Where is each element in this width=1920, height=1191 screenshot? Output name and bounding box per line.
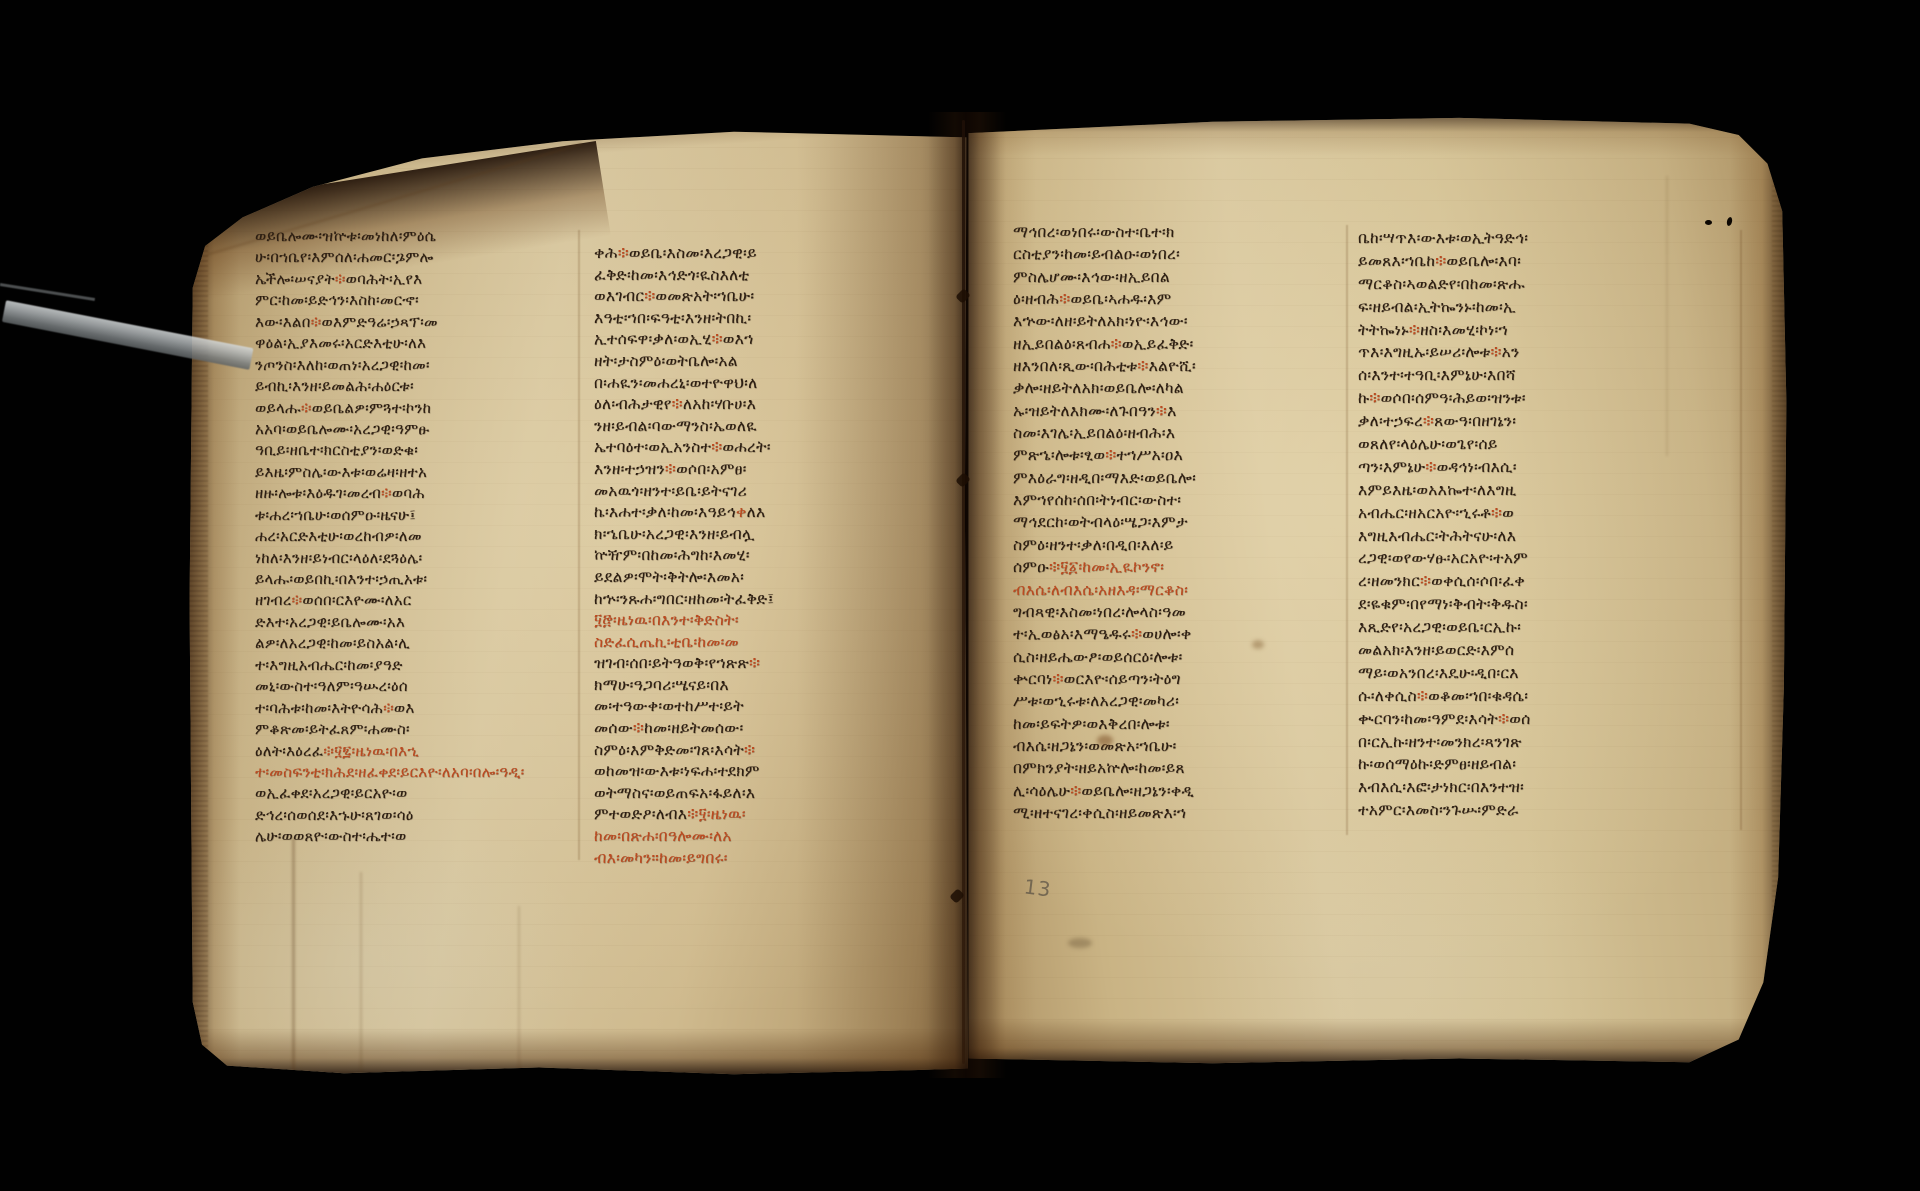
ink-segment: ፨ bbox=[1425, 458, 1436, 476]
ink-segment: መ፡ተዓውቀ፡ወተከሥተ፡ይት bbox=[594, 697, 744, 715]
ink-segment: ወእኀ bbox=[723, 330, 754, 348]
text-line: ተ፡ባሕቱ፡ከመ፡እትዮሳሕ፨ወእ bbox=[255, 698, 565, 719]
ruling-line bbox=[1346, 225, 1348, 835]
text-line: ቍርባነ፨ወርእዮ፡ሰይጣን፡ትዕግ bbox=[1013, 668, 1337, 690]
text-line: ኢተሰፍዋ፡ቃለ፡ወኢሂ፨ወእኀ bbox=[594, 329, 950, 351]
text-line: ድእተ፡አረጋዊ፡ይቤሎሙ፡አእ bbox=[255, 612, 565, 633]
text-line: ከመ፡በጽሐ፡በዓሎሙ፡ለአ bbox=[594, 826, 950, 848]
ink-segment: ወባሕ bbox=[392, 484, 425, 502]
ink-segment: ፨ bbox=[665, 460, 676, 478]
ink-segment: ፨ bbox=[1137, 357, 1148, 375]
ink-segment: ፨ bbox=[1131, 625, 1142, 643]
ink-segment: ምቆጽመ፡ይትፈጸም፡ሐሙስ፡ bbox=[255, 720, 410, 738]
thread-knot bbox=[955, 288, 971, 304]
text-line: ዕለት፡እዕረፈ፨፶፯፡ዜነዉ፡በእኂ bbox=[255, 741, 565, 762]
text-line: እው፡እልበ፨ወእምድዓሬ፡ኃጻፕ፡መ bbox=[255, 312, 565, 333]
text-line: ምተወድዖ፡ለብእ፨፶፡ዜነዉ፡ bbox=[594, 804, 950, 826]
text-line: ከኍ፡ንጹሐ፡ግበር፡ዘከመ፡ትፈቅድ፤ bbox=[594, 589, 950, 611]
pencil-page-number: 13 bbox=[1023, 874, 1053, 901]
ink-segment: እልዮሺ፡ bbox=[1149, 357, 1196, 375]
ink-segment: ምተወድዖ፡ለብእ bbox=[594, 805, 687, 823]
ink-segment: ተ፡መስፍንቲ፡ክሕደ፡ዘፈቀደ፡ይርእዮ፡ለአባ፡በሎ፡ዓዲ፡ bbox=[255, 763, 524, 781]
ink-segment: ለአከ፡ሃቡሀ፡እ bbox=[683, 395, 756, 413]
ink-segment: ተ፡ኢወፅአ፡እማዔዱሩ bbox=[1013, 625, 1131, 643]
ink-segment: መልአክ፡እንዘ፡ይወርድ፡እምሰ bbox=[1358, 641, 1514, 659]
text-line: ሚ፡ዘተናገረ፡ቀሲስ፡ዘይመጽእ፡ኀ bbox=[1013, 802, 1337, 824]
ink-segment: እው፡እልበ bbox=[255, 313, 311, 331]
text-line: ኤተባዕተ፡ወኢአንስተ፨ወሐረት፡ bbox=[594, 437, 950, 459]
ink-segment: ቊርባን፡ከመ፡ዓምደ፡እሳት bbox=[1358, 710, 1498, 728]
ink-segment: እ bbox=[1167, 402, 1177, 420]
text-line: መኒ፡ውስተ፡ዓለም፡ዓሡረ፡ዕሰ bbox=[255, 676, 565, 697]
text-line: ይብኪ፡እንዘ፡ይመልሕ፡ሐዕርቱ፡ bbox=[255, 376, 565, 397]
ink-segment: ትትኰነኑ bbox=[1358, 321, 1409, 339]
text-line: ደ፡ዬቁም፡በየማነ፡ቅብት፡ቅዱስ፡ bbox=[1358, 593, 1728, 616]
ink-segment: ዘገብረ bbox=[255, 591, 292, 609]
ink-segment: ፨ bbox=[1070, 782, 1081, 800]
ink-segment: ዕለት፡እዕረፈ bbox=[255, 742, 323, 760]
ink-segment: ወባሕት፡ኢየእ bbox=[346, 270, 423, 288]
ink-segment: ወእምድዓሬ፡ኃጻፕ፡መ bbox=[321, 313, 437, 331]
ink-segment: ይእዜ፡ምስሌ፡ውእቱ፡ወሬዛ፡ዘተአ bbox=[255, 463, 427, 481]
ink-segment: ወ bbox=[1502, 504, 1514, 522]
ink-segment: ዓቢይ፡ዘቤተ፡ክርስቲያን፡ወድቁ፡ bbox=[255, 441, 418, 459]
text-line: ስድፈሲጤኪ፡ቲቤ፡ከመ፡መ bbox=[594, 632, 950, 654]
ink-segment: እኍው፡ለዘ፡ይትለአክ፡ነዮ፡እኅው፡ bbox=[1013, 312, 1188, 330]
ink-segment: ስምዕ፡እምቅድመ፡ገጸ፡እሳት bbox=[594, 741, 744, 759]
text-line: ወኢፈቀደ፡አረጋዊ፡ይርአዮ፡ወ bbox=[255, 783, 565, 804]
ink-segment: ዕለ፡ብሕታዊየ bbox=[594, 395, 672, 413]
text-line: አብሔር፡ዘአርአዮ፡ኂሩቶ፨ወ bbox=[1358, 502, 1728, 525]
ink-segment: ልዎ፡ለአረጋዊ፡ከመ፡ይስአል፡ሊ bbox=[255, 634, 410, 652]
ink-segment: ብእሴ፡ለብእሴ፡አዘእዳ፡ማርቆስ፡ bbox=[1013, 581, 1188, 599]
ink-segment: ፨ bbox=[1052, 670, 1063, 688]
ink-segment: ፨ bbox=[1490, 343, 1501, 361]
ink-segment: እምኀየሰከ፡ሰበ፡ትነብር፡ውስተ፡ bbox=[1013, 491, 1181, 509]
thread-knot bbox=[955, 472, 971, 488]
text-line: ከመ፡ይፍትዎ፡ወእቅረበ፡ሎቱ፡ bbox=[1013, 713, 1337, 735]
ink-segment: ቀ bbox=[736, 503, 747, 521]
text-line: እምይእዜ፡ወአእኰተ፡ለእግዚ bbox=[1358, 479, 1728, 502]
text-line: ዝገብ፡ሰበ፡ይትዓወቅ፡የኀጽጽ፨ bbox=[594, 653, 950, 675]
ink-segment: ፨ bbox=[1059, 290, 1070, 308]
text-line: ወጸለየ፡ላዕሌሁ፡ወጌየ፡ሰይ bbox=[1358, 433, 1728, 456]
text-line: በምክንያት፡ዘይአኵሎ፡ከመ፡ይጸ bbox=[1013, 757, 1337, 779]
ink-segment: ወይቤ፡እስመ፡እረጋዊ፡ይ bbox=[629, 244, 757, 262]
ink-segment: ኬ፡እሐተ፡ቃለ፡ከመ፡እዓይኅ bbox=[594, 503, 736, 521]
text-line: ቤከ፡ሣጥእ፡ውእቱ፡ወኢትዓድኅ፡ bbox=[1358, 227, 1728, 250]
ink-segment: ፨ bbox=[712, 330, 723, 348]
ink-segment: ወሐረት፡ bbox=[722, 438, 770, 456]
ink-segment: ስምዕ፡ዘንተ፡ቃለ፡በዲበ፡እለ፡ይ bbox=[1013, 536, 1174, 554]
stacked-leaves-edge bbox=[188, 155, 208, 1050]
text-line: ሱ፡ለቀሲስ፨ወቆመ፡ኀበ፡ቁዳሴ፡ bbox=[1358, 685, 1728, 708]
ink-segment: ፨ bbox=[381, 484, 392, 502]
ink-segment: ረጋዊ፡ወየውሃፁ፡አርአዮ፡ተአም bbox=[1358, 549, 1528, 567]
ink-segment: ይላሑ፡ወይበኪ፡በእንተ፡ኃጢአቱ፡ bbox=[255, 570, 427, 588]
text-line: እጺድየ፡አረጋዊ፡ወይቤ፡ርኢኩ፡ bbox=[1358, 616, 1728, 639]
ink-segment: ፨ bbox=[1369, 389, 1380, 407]
ink-segment: ረ፡ዘመንክር bbox=[1358, 572, 1420, 590]
ink-segment: ሰ፡እንተ፡ተዓቢ፡እምኔሁ፡እበሻ bbox=[1358, 366, 1516, 384]
ink-segment: ድእተ፡አረጋዊ፡ይቤሎሙ፡አእ bbox=[255, 613, 405, 631]
ink-segment: ፨ bbox=[311, 313, 322, 331]
text-line: ተ፡እግዚአብሔር፡ከመ፡ያዓድ bbox=[255, 655, 565, 676]
ink-segment: ከመ፡በጽሐ፡በዓሎሙ፡ለአ bbox=[594, 827, 732, 845]
ink-segment: ዘስ፡እመሂ፡ኮነ፡ኀ bbox=[1420, 321, 1508, 339]
text-line: ፶፸፡ዜነዉ፡በእንተ፡ቅድስት፡ bbox=[594, 610, 950, 632]
ink-segment: ቀሕ bbox=[594, 244, 618, 262]
ink-segment: ብእሴ፡ዘጋኔን፡ወመጽአ፡ኀቤሁ፡ bbox=[1013, 737, 1177, 755]
text-line: ሐረ፡አርድእቲሁ፡ወረከብዎ፡ለመ bbox=[255, 526, 565, 547]
text-line: ማኅደርከ፡ወትብላዕ፡ሤጋ፡እምታ bbox=[1013, 511, 1337, 533]
text-line: በ፡ርኢኩ፡ዘንተ፡መንክረ፡ጻንገጽ bbox=[1358, 731, 1728, 754]
ink-segment: ወሶበ፡ሰምዓ፡ሕይወ፡ዝንቱ፡ bbox=[1381, 389, 1526, 407]
ink-segment: ኩ፡ወሰማዕኩ፡ድምፀ፡ዘይብል፡ bbox=[1358, 755, 1516, 773]
ink-segment: ወእ bbox=[394, 699, 415, 717]
text-line: መ፡ተዓውቀ፡ወተከሥተ፡ይት bbox=[594, 696, 950, 718]
ink-segment: ቃለ፡ተኃፍረ bbox=[1358, 412, 1423, 430]
ink-segment: ቤከ፡ሣጥእ፡ውእቱ፡ወኢትዓድኅ፡ bbox=[1358, 229, 1528, 247]
ink-segment: ይብኪ፡እንዘ፡ይመልሕ፡ሐዕርቱ፡ bbox=[255, 377, 414, 395]
text-line: እንዘ፡ተኃዝን፨ወሶበ፡አምፀ፡ bbox=[594, 459, 950, 481]
text-line: ስምዕ፡እምቅድመ፡ገጸ፡እሳት፨ bbox=[594, 740, 950, 762]
ink-segment: ማይ፡ወአንበረ፡እዴሁ፡ዲበ፡ርእ bbox=[1358, 664, 1519, 682]
ink-segment: ፨ bbox=[383, 699, 394, 717]
ink-segment: በ፡ሐዪን፡መሐረኒ፡ወተዮዋህ፡ለ bbox=[594, 374, 758, 392]
ink-segment: እዓቲ፡ኀበ፡ፍዓቲ፡እንዘ፡ትበኪ፡ bbox=[594, 309, 751, 327]
ink-segment: ወርእዮ፡ሰይጣን፡ትዕግ bbox=[1064, 670, 1181, 688]
ink-segment: ወኢይፈቅድ፡ bbox=[1122, 335, 1194, 353]
ink-segment: ሰምዑ bbox=[1013, 558, 1049, 576]
crease-line bbox=[360, 872, 362, 1072]
text-line: መሰው፨ከመ፡ዘይትመሰው፡ bbox=[594, 718, 950, 740]
ink-segment: ወሰ bbox=[1509, 710, 1530, 728]
ink-segment: ምስሌሆሙ፡እኅው፡ዘኢይበል bbox=[1013, 268, 1170, 286]
ink-segment: ተ፡ባሕቱ፡ከመ፡እትዮሳሕ bbox=[255, 699, 383, 717]
ink-segment: ክ፡ኄቤሁ፡አረጋዊ፡እንዘ፡ይብሏ bbox=[594, 525, 755, 543]
ink-segment: እግዚእብሔር፡ትሕትናሁ፡ለእ bbox=[1358, 527, 1516, 545]
ink-segment: ሥቱ፡ወኂሩቱ፡ለአረጋዊ፡መካሪ፡ bbox=[1013, 692, 1179, 710]
ink-segment: ቱ፡ሐረ፡ኀቤሁ፡ወሰምዑ፡ዜናሁ፤ bbox=[255, 506, 416, 524]
text-line: ይላሑ፡ወይበኪ፡በእንተ፡ኃጢአቱ፡ bbox=[255, 569, 565, 590]
text-line: ይመጸእ፡ኀቤከ፨ወይቤሎ፡እባ፡ bbox=[1358, 250, 1728, 273]
ink-segment: ምር፡ከመ፡ይድኅን፡እስከ፡መርኆ፡ bbox=[255, 291, 419, 309]
ink-segment: ወቀሲሰ፡ሶበ፡ፈቀ bbox=[1431, 572, 1525, 590]
text-line: ሰምዑ፨፶፩፡ከመ፡ኢዪኮንኖ፡ bbox=[1013, 556, 1337, 578]
ink-segment: ለእ bbox=[747, 503, 766, 521]
text-column-1: ወይቤሎሙ፡ዝኵቱ፡መነከለ፡ምዕሴሁ፡በኀቤየ፡እምሰለ፡ሐመር፡ጔምሎኤችሎ… bbox=[255, 226, 565, 848]
ink-segment: ኩ bbox=[1358, 389, 1369, 407]
ink-segment: ፨ bbox=[1423, 412, 1434, 430]
ink-segment: ግብጻዊ፡እስመ፡ነበረ፡ሎላስ፡ዓመ bbox=[1013, 603, 1186, 621]
ink-segment: ጣን፡እምኔሁ bbox=[1358, 458, 1425, 476]
ink-segment: ነከለ፡እንዘ፡ይነብር፡ላዕለ፡ደጓዕሌ፡ bbox=[255, 549, 422, 567]
ink-segment: ኡ፡ዝይትለእክሙ፡ለጉበዓን bbox=[1013, 402, 1156, 420]
text-line: ዓቢይ፡ዘቤተ፡ክርስቲያን፡ወድቁ፡ bbox=[255, 440, 565, 461]
text-column-4: ቤከ፡ሣጥእ፡ውእቱ፡ወኢትዓድኅ፡ይመጸእ፡ኀቤከ፨ወይቤሎ፡እባ፡ማርቆስ፡… bbox=[1358, 227, 1728, 822]
ink-segment: ወኢፈቀደ፡አረጋዊ፡ይርአዮ፡ወ bbox=[255, 784, 407, 802]
text-line: ረ፡ዘመንክር፨ወቀሲሰ፡ሶበ፡ፈቀ bbox=[1358, 570, 1728, 593]
ink-segment: ዋዕል፡ኢያእመሩ፡አርድእቲሁ፡ለእ bbox=[255, 334, 426, 352]
text-line: ክማሁ፡ዓጋባሪ፡ሤናይ፡በእ bbox=[594, 675, 950, 697]
text-line: ኡ፡ዝይትለእክሙ፡ለጉበዓን፨እ bbox=[1013, 400, 1337, 422]
ink-smudge bbox=[1252, 640, 1264, 649]
ink-segment: ሱ፡ለቀሲስ bbox=[1358, 687, 1417, 705]
ink-segment: ንዘ፡ይብል፡ባውማንስ፡ኤወለዪ bbox=[594, 417, 757, 435]
text-line: ዕ፡ዘብሕ፨ወይቤ፡ኣሐዱ፡እም bbox=[1013, 288, 1337, 310]
text-line: ንዘ፡ይብል፡ባውማንስ፡ኤወለዪ bbox=[594, 416, 950, 438]
text-line: ምጽኄ፡ሎቱ፡ፂወ፨ተኀሥአ፡ዐእ bbox=[1013, 444, 1337, 466]
ink-segment: ወይቤሎ፡ዘጋኔን፡ቀዲ bbox=[1081, 782, 1194, 800]
text-line: ትትኰነኑ፨ዘስ፡እመሂ፡ኮነ፡ኀ bbox=[1358, 319, 1728, 342]
text-line: ቱ፡ሐረ፡ኀቤሁ፡ወሰምዑ፡ዜናሁ፤ bbox=[255, 505, 565, 526]
ink-segment: መሰው bbox=[594, 719, 633, 737]
text-line: ክ፡ኄቤሁ፡አረጋዊ፡እንዘ፡ይብሏ bbox=[594, 524, 950, 546]
ink-segment: ወመጽአት፡ኀቤሁ፡ bbox=[655, 287, 754, 305]
ink-segment: ዘዙ፡ሎቱ፡እዕዱገ፡መረብ bbox=[255, 484, 381, 502]
text-line: ዘገብረ፨ወሰበ፡ርእዮሙ፡ለአር bbox=[255, 590, 565, 611]
ink-segment: ኢተሰፍዋ፡ቃለ፡ወኢሂ bbox=[594, 330, 712, 348]
ink-segment: በምክንያት፡ዘይአኵሎ፡ከመ፡ይጸ bbox=[1013, 759, 1185, 777]
text-line: በ፡ሐዪን፡መሐረኒ፡ወተዮዋህ፡ለ bbox=[594, 373, 950, 395]
ink-segment: ፨ bbox=[711, 438, 722, 456]
ink-segment: ኤተባዕተ፡ወኢአንስተ bbox=[594, 438, 711, 456]
text-line: ሁ፡በኀቤየ፡እምሰለ፡ሐመር፡ጔምሎ bbox=[255, 247, 565, 268]
ink-segment: እብእሲ፡እፎ፡ታነክር፡በእንተዝ፡ bbox=[1358, 778, 1524, 796]
text-line: ቊርባን፡ከመ፡ዓምደ፡እሳት፨ወሰ bbox=[1358, 708, 1728, 731]
ink-segment: ብእ፡መካን።ከመ፡ይግበሩ፡ bbox=[594, 849, 728, 867]
crease-line bbox=[518, 906, 520, 1074]
ink-segment: ፨ bbox=[618, 244, 629, 262]
text-line: እግዚእብሔር፡ትሕትናሁ፡ለእ bbox=[1358, 525, 1728, 548]
text-line: አአባ፡ወይቤሎሙ፡አረጋዊ፡ዓምፁ bbox=[255, 419, 565, 440]
ink-segment: ፨፶፩፡ከመ፡ኢዪኮንኖ፡ bbox=[1049, 558, 1164, 576]
ink-segment: ፨ bbox=[1409, 321, 1420, 339]
ink-segment: ቃሎ፡ዘይትለአክ፡ወይቤሎ፡ለካል bbox=[1013, 379, 1184, 397]
ink-segment: ፨ bbox=[644, 287, 655, 305]
ink-segment: ከመ፡ዘይትመሰው፡ bbox=[644, 719, 743, 737]
ink-segment: ይመጸእ፡ኀቤከ bbox=[1358, 252, 1435, 270]
ink-segment: ዝገብ፡ሰበ፡ይትዓወቅ፡የኀጽጽ bbox=[594, 654, 749, 672]
ink-segment: ማኅበረ፡ወነበሩ፡ውስተ፡ቤተ፡ክ bbox=[1013, 223, 1175, 241]
ink-segment: ፨ bbox=[292, 591, 303, 609]
text-line: ዘኢይበልዕ፡ጸብሐ፨ወኢይፈቅድ፡ bbox=[1013, 333, 1337, 355]
ink-segment: ፨ bbox=[1435, 252, 1446, 270]
pointer-ruler-shaft bbox=[0, 283, 95, 301]
ink-segment: ኵዥም፡በከመ፡ሕግከ፡እመሂ፡ bbox=[594, 546, 750, 564]
text-line: ግብጻዊ፡እስመ፡ነበረ፡ሎላስ፡ዓመ bbox=[1013, 601, 1337, 623]
ink-smudge bbox=[1068, 938, 1092, 948]
ink-segment: ፨ bbox=[1111, 335, 1122, 353]
text-line: ሰ፡እንተ፡ተዓቢ፡እምኔሁ፡እበሻ bbox=[1358, 364, 1728, 387]
ink-segment: ምእዕራግ፡ዘዲበ፡ማእድ፡ወይቤሎ፡ bbox=[1013, 469, 1196, 487]
text-line: ልዎ፡ለአረጋዊ፡ከመ፡ይስአል፡ሊ bbox=[255, 633, 565, 654]
text-line: ኩ፡ወሰማዕኩ፡ድምፀ፡ዘይብል፡ bbox=[1358, 753, 1728, 776]
text-line: ዘት፡ታስምዕ፡ወትቤሎ፡አል bbox=[594, 351, 950, 373]
ink-segment: ፨ bbox=[1498, 710, 1509, 728]
text-line: ጣን፡እምኔሁ፨ወዳኅነ፡ብእሲ፡ bbox=[1358, 456, 1728, 479]
text-line: ኬ፡እሐተ፡ቃለ፡ከመ፡እዓይኅቀለእ bbox=[594, 502, 950, 524]
text-line: ወከመዝ፡ውእቱ፡ነፍሐ፡ተደክም bbox=[594, 761, 950, 783]
text-line: ፍ፡ዘይብል፡ኢትኰንኑ፡ከመ፡ኢ bbox=[1358, 296, 1728, 319]
ink-segment: ዘት፡ታስምዕ፡ወትቤሎ፡አል bbox=[594, 352, 738, 370]
text-line: ይእዜ፡ምስሌ፡ውእቱ፡ወሬዛ፡ዘተአ bbox=[255, 462, 565, 483]
text-line: ማርቆስ፡ኣወልድየ፡በከመ፡ጽሑ bbox=[1358, 273, 1728, 296]
text-line: ተ፡ኢወፅአ፡እማዔዱሩ፨ወሀሎ፡ቀ bbox=[1013, 623, 1337, 645]
text-line: ይደልዎ፡ሞት፡ቅትሎ፡እመአ፡ bbox=[594, 567, 950, 589]
ink-segment: ወይቤልዎ፡ምጓተ፡ኮንከ bbox=[312, 399, 431, 417]
ink-segment: ፨ bbox=[1105, 446, 1116, 464]
text-line: ረጋዊ፡ወየውሃፁ፡አርአዮ፡ተአም bbox=[1358, 547, 1728, 570]
ink-segment: ወዳኅነ፡ብእሲ፡ bbox=[1437, 458, 1517, 476]
ink-segment: ከመ፡ይፍትዎ፡ወእቅረበ፡ሎቱ፡ bbox=[1013, 715, 1170, 733]
text-line: ምስሌሆሙ፡እኅው፡ዘኢይበል bbox=[1013, 266, 1337, 288]
ink-segment: አአባ፡ወይቤሎሙ፡አረጋዊ፡ዓምፁ bbox=[255, 420, 430, 438]
ink-segment: ዘኢይበልዕ፡ጸብሐ bbox=[1013, 335, 1111, 353]
ink-smudge bbox=[1097, 735, 1113, 746]
ink-segment: እንዘ፡ተኃዝን bbox=[594, 460, 665, 478]
ink-segment: ፨ bbox=[1420, 572, 1431, 590]
ink-segment: ወጸለየ፡ላዕሌሁ፡ወጌየ፡ሰይ bbox=[1358, 435, 1498, 453]
text-line: ንጦንስ፡እለከ፡ወጠነ፡አረጋዊ፡ከመ፡ bbox=[255, 355, 565, 376]
ink-segment: ማርቆስ፡ኣወልድየ፡በከመ፡ጽሑ bbox=[1358, 275, 1525, 293]
ink-segment: ኤችሎ፡ሠናያት bbox=[255, 270, 335, 288]
ink-segment: ክማሁ፡ዓጋባሪ፡ሤናይ፡በእ bbox=[594, 676, 729, 694]
ink-segment: በ፡ርኢኩ፡ዘንተ፡መንክረ፡ጻንገጽ bbox=[1358, 733, 1522, 751]
text-line: ዘእንበለ፡ጺው፡በሕቲቱ፨እልዮሺ፡ bbox=[1013, 355, 1337, 377]
ink-segment: ፨፶፯፡ዜነዉ፡በእኂ bbox=[323, 742, 419, 760]
text-line: ኩ፨ወሶበ፡ሰምዓ፡ሕይወ፡ዝንቱ፡ bbox=[1358, 387, 1728, 410]
ink-segment: ሚ፡ዘተናገረ፡ቀሲስ፡ዘይመጽእ፡ኀ bbox=[1013, 804, 1186, 822]
ink-segment: ዕ፡ዘብሕ bbox=[1013, 290, 1059, 308]
ink-segment: ስድፈሲጤኪ፡ቲቤ፡ከመ፡መ bbox=[594, 633, 739, 651]
ink-segment: ስመ፡እገሌ፡ኢይበልዕ፡ዘብሕ፡እ bbox=[1013, 424, 1175, 442]
text-line: ብእ፡መካን።ከመ፡ይግበሩ፡ bbox=[594, 848, 950, 870]
text-line: ወይቤሎሙ፡ዝኵቱ፡መነከለ፡ምዕሴ bbox=[255, 226, 565, 247]
ink-segment: ተኀሥአ፡ዐእ bbox=[1116, 446, 1183, 464]
text-line: ስመ፡እገሌ፡ኢይበልዕ፡ዘብሕ፡እ bbox=[1013, 422, 1337, 444]
ink-segment: ድኅረ፡ሰወሰደ፡እኁሁ፡ጸገወ፡ሳዕ bbox=[255, 806, 413, 824]
ink-segment: ወትማስና፡ወይጠፍአ፡ፋይለ፡እ bbox=[594, 784, 755, 802]
text-line: ፈቅድ፡ከመ፡እኅድጎ፡ዪስእለቲ bbox=[594, 265, 950, 287]
ink-segment: ወእገብር bbox=[594, 287, 644, 305]
text-line: ድኅረ፡ሰወሰደ፡እኁሁ፡ጸገወ፡ሳዕ bbox=[255, 805, 565, 826]
text-line: ሲስ፡ዘይሔውፆ፡ወይሰርዕ፡ሎቱ፡ bbox=[1013, 646, 1337, 668]
ink-segment: ወይላሑ bbox=[255, 399, 301, 417]
text-line: ተአምር፡እመስ፡ንጉሡ፡ምድራ bbox=[1358, 799, 1728, 822]
ink-segment: ወሶበ፡አምፀ፡ bbox=[676, 460, 747, 478]
ink-segment: ፨ bbox=[1417, 687, 1428, 705]
text-line: ብእሴ፡ዘጋኔን፡ወመጽአ፡ኀቤሁ፡ bbox=[1013, 735, 1337, 757]
text-column-3: ማኅበረ፡ወነበሩ፡ውስተ፡ቤተ፡ክርስቲያን፡ከመ፡ይብልዑ፡ወነበረ፡ምስሌ… bbox=[1013, 221, 1337, 824]
ink-segment: ወሰበ፡ርእዮሙ፡ለአር bbox=[302, 591, 411, 609]
manuscript-photo: ወይቤሎሙ፡ዝኵቱ፡መነከለ፡ምዕሴሁ፡በኀቤየ፡እምሰለ፡ሐመር፡ጔምሎኤችሎ… bbox=[0, 0, 1920, 1191]
ink-segment: ወይቤሎሙ፡ዝኵቱ፡መነከለ፡ምዕሴ bbox=[255, 227, 436, 245]
text-line: ወእገብር፨ወመጽአት፡ኀቤሁ፡ bbox=[594, 286, 950, 308]
ink-segment: ይደልዎ፡ሞት፡ቅትሎ፡እመአ፡ bbox=[594, 568, 744, 586]
stacked-leaves-edge bbox=[1772, 135, 1788, 1039]
text-line: ምቆጽመ፡ይትፈጸም፡ሐሙስ፡ bbox=[255, 719, 565, 740]
wormhole bbox=[1705, 220, 1712, 225]
ink-segment: ወቆመ፡ኀበ፡ቁዳሴ፡ bbox=[1428, 687, 1528, 705]
ink-segment: ወይቤሎ፡እባ፡ bbox=[1446, 252, 1521, 270]
ink-segment: ፨ bbox=[1491, 504, 1502, 522]
text-line: መአዉጎ፡ዘንተ፡ይቤ፡ይትናገሪ bbox=[594, 481, 950, 503]
text-line: ወትማስና፡ወይጠፍአ፡ፋይለ፡እ bbox=[594, 783, 950, 805]
text-line: ማይ፡ወአንበረ፡እዴሁ፡ዲበ፡ርእ bbox=[1358, 662, 1728, 685]
text-line: መልአክ፡እንዘ፡ይወርድ፡እምሰ bbox=[1358, 639, 1728, 662]
text-line: ምእዕራግ፡ዘዲበ፡ማእድ፡ወይቤሎ፡ bbox=[1013, 467, 1337, 489]
sewing-thread bbox=[962, 120, 965, 1064]
text-line: ሥቱ፡ወኂሩቱ፡ለአረጋዊ፡መካሪ፡ bbox=[1013, 690, 1337, 712]
ink-segment: ደ፡ዬቁም፡በየማነ፡ቅብት፡ቅዱስ፡ bbox=[1358, 595, 1528, 613]
ink-segment: ወሀሎ፡ቀ bbox=[1142, 625, 1191, 643]
text-line: ነከለ፡እንዘ፡ይነብር፡ላዕለ፡ደጓዕሌ፡ bbox=[255, 548, 565, 569]
text-line: ተ፡መስፍንቲ፡ክሕደ፡ዘፈቀደ፡ይርእዮ፡ለአባ፡በሎ፡ዓዲ፡ bbox=[255, 762, 565, 783]
text-line: ዋዕል፡ኢያእመሩ፡አርድእቲሁ፡ለእ bbox=[255, 333, 565, 354]
ink-segment: መአዉጎ፡ዘንተ፡ይቤ፡ይትናገሪ bbox=[594, 482, 747, 500]
ink-segment: ፶፸፡ዜነዉ፡በእንተ፡ቅድስት፡ bbox=[594, 611, 739, 629]
ink-segment: አን bbox=[1502, 343, 1520, 361]
text-line: እኍው፡ለዘ፡ይትለአክ፡ነዮ፡እኅው፡ bbox=[1013, 310, 1337, 332]
text-line: እዓቲ፡ኀበ፡ፍዓቲ፡እንዘ፡ትበኪ፡ bbox=[594, 308, 950, 330]
ink-segment: መኒ፡ውስተ፡ዓለም፡ዓሡረ፡ዕሰ bbox=[255, 677, 408, 695]
text-line: ኵዥም፡በከመ፡ሕግከ፡እመሂ፡ bbox=[594, 545, 950, 567]
text-line: ወይላሑ፨ወይቤልዎ፡ምጓተ፡ኮንከ bbox=[255, 398, 565, 419]
ink-segment: ሁ፡በኀቤየ፡እምሰለ፡ሐመር፡ጔምሎ bbox=[255, 248, 433, 266]
ink-segment: አብሔር፡ዘአርአዮ፡ኂሩቶ bbox=[1358, 504, 1491, 522]
ink-segment: ፨ bbox=[749, 654, 760, 672]
text-line: ምር፡ከመ፡ይድኅን፡እስከ፡መርኆ፡ bbox=[255, 290, 565, 311]
ink-segment: ተ፡እግዚአብሔር፡ከመ፡ያዓድ bbox=[255, 656, 403, 674]
text-line: ስምዕ፡ዘንተ፡ቃለ፡በዲበ፡እለ፡ይ bbox=[1013, 534, 1337, 556]
ink-segment: ወይቤ፡ኣሐዱ፡እም bbox=[1070, 290, 1171, 308]
text-line: ማኅበረ፡ወነበሩ፡ውስተ፡ቤተ፡ክ bbox=[1013, 221, 1337, 243]
ink-segment: ወከመዝ፡ውእቱ፡ነፍሐ፡ተደክም bbox=[594, 762, 760, 780]
ink-segment: ቍርባነ bbox=[1013, 670, 1052, 688]
ink-segment: ርስቲያን፡ከመ፡ይብልዑ፡ወነበረ፡ bbox=[1013, 245, 1180, 263]
ink-segment: እምይእዜ፡ወአእኰተ፡ለእግዚ bbox=[1358, 481, 1517, 499]
ink-segment: ፨ bbox=[633, 719, 644, 737]
ink-segment: ፨ bbox=[672, 395, 683, 413]
text-line: ጥእ፡እግዚኡ፡ይሠሪ፡ሎቱ፨አን bbox=[1358, 341, 1728, 364]
text-line: ሌሁ፡ወወጸዮ፡ውስተ፡ሔተ፡ወ bbox=[255, 826, 565, 847]
ink-segment: ሌሁ፡ወወጸዮ፡ውስተ፡ሔተ፡ወ bbox=[255, 827, 406, 845]
ruling-line bbox=[1740, 230, 1742, 830]
text-line: ቃሎ፡ዘይትለአክ፡ወይቤሎ፡ለካል bbox=[1013, 377, 1337, 399]
ink-segment: ፨ bbox=[335, 270, 346, 288]
ruling-line bbox=[578, 230, 580, 860]
ink-segment: ከኍ፡ንጹሐ፡ግበር፡ዘከመ፡ትፈቅድ፤ bbox=[594, 590, 774, 608]
ink-segment: ዘእንበለ፡ጺው፡በሕቲቱ bbox=[1013, 357, 1137, 375]
text-line: ዘዙ፡ሎቱ፡እዕዱገ፡መረብ፨ወባሕ bbox=[255, 483, 565, 504]
ink-segment: እጺድየ፡አረጋዊ፡ወይቤ፡ርኢኩ፡ bbox=[1358, 618, 1521, 636]
text-line: ዕለ፡ብሕታዊየ፨ለአከ፡ሃቡሀ፡እ bbox=[594, 394, 950, 416]
text-line: ቃለ፡ተኃፍረ፨ጸውዓ፡በዘገኔን፡ bbox=[1358, 410, 1728, 433]
ink-segment: ፨ bbox=[1156, 402, 1167, 420]
ink-segment: ፨፶፡ዜነዉ፡ bbox=[687, 805, 745, 823]
ink-segment: ጥእ፡እግዚኡ፡ይሠሪ፡ሎቱ bbox=[1358, 343, 1490, 361]
text-line: ኤችሎ፡ሠናያት፨ወባሕት፡ኢየእ bbox=[255, 269, 565, 290]
text-line: ርስቲያን፡ከመ፡ይብልዑ፡ወነበረ፡ bbox=[1013, 243, 1337, 265]
text-line: እብእሲ፡እፎ፡ታነክር፡በእንተዝ፡ bbox=[1358, 776, 1728, 799]
ink-segment: ፈቅድ፡ከመ፡እኅድጎ፡ዪስእለቲ bbox=[594, 266, 749, 284]
ink-segment: ምጽኄ፡ሎቱ፡ፂወ bbox=[1013, 446, 1105, 464]
crease-line bbox=[292, 838, 295, 1074]
text-column-2: ቀሕ፨ወይቤ፡እስመ፡እረጋዊ፡ይፈቅድ፡ከመ፡እኅድጎ፡ዪስእለቲወእገብር፨… bbox=[594, 243, 950, 869]
ink-segment: ፍ፡ዘይብል፡ኢትኰንኑ፡ከመ፡ኢ bbox=[1358, 298, 1516, 316]
